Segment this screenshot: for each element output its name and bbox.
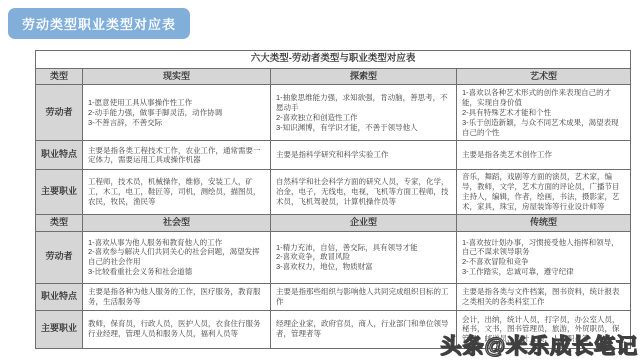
cell-worker-enterprising: 1-精力充沛，自信，善交际，具有领导才能 2-喜欢竞争，敢冒风险 3-喜欢权力，… bbox=[271, 231, 457, 283]
cell-jobs-artistic: 音乐，舞蹈，戏剧等方面的演员，艺术家，编导，教师，文学，艺术方面的评论员，广播节… bbox=[457, 170, 631, 215]
header-type-1: 类型 bbox=[36, 68, 83, 85]
watermark-text: 头条@米乐成长笔记 bbox=[441, 335, 638, 358]
header-type-2: 类型 bbox=[36, 214, 83, 231]
rowhead-traits-1: 职业特点 bbox=[36, 141, 83, 170]
header-artistic: 艺术型 bbox=[457, 68, 631, 85]
rowhead-jobs-2: 主要职业 bbox=[36, 310, 83, 348]
page-title-text: 劳动类型职业类型对应表 bbox=[22, 17, 176, 32]
cell-traits-realistic: 主要是指各类工程技术工作，农业工作，通常需要一定体力，需要运用工具或操作机器 bbox=[83, 141, 271, 170]
cell-traits-social: 主要是指各种为他人服务的工作，医疗服务，教育服务，生活服务等 bbox=[83, 283, 271, 310]
cell-traits-conventional: 主要是指各类与文件档案，图书资料，统计报表之类相关的各类科室工作 bbox=[457, 283, 631, 310]
cell-jobs-enterprising: 经理企业家，政府官员，商人，行业部门和单位领导者，管理者等 bbox=[271, 310, 457, 348]
page-title-badge: 劳动类型职业类型对应表 bbox=[8, 8, 190, 39]
cell-jobs-social: 教师，保育员，行政人员，医护人员，衣食住行服务行业经理，管理人员和服务人员，福利… bbox=[83, 310, 271, 348]
cell-traits-investigative: 主要是指科学研究和科学实验工作 bbox=[271, 141, 457, 170]
cell-worker-investigative: 1-抽象思维能力强，求知欲强，肯动脑，善思考，不愿动手 2-喜欢独立和创造性工作… bbox=[271, 85, 457, 141]
cell-worker-social: 1-喜欢从事为他人服务和教育他人的工作 2-喜欢参与解决人们共同关心的社会问题，… bbox=[83, 231, 271, 283]
holland-table-container: 六大类型-劳动者类型与职业类型对应表 类型 现实型 探索型 艺术型 劳动者 1-… bbox=[35, 50, 630, 349]
cell-traits-enterprising: 主要是指那些组织与影响他人共同完成组织目标的工作 bbox=[271, 283, 457, 310]
header-investigative: 探索型 bbox=[271, 68, 457, 85]
cell-worker-conventional: 1-喜欢按计划办事，习惯接受他人指挥和领导，自己不谋求领导职务 2-不喜欢冒险和… bbox=[457, 231, 631, 283]
cell-jobs-realistic: 工程师，技术员，机械操作，维修，安装工人，矿工，木工，电工，鞋匠等，司机，测绘员… bbox=[83, 170, 271, 215]
header-conventional: 传统型 bbox=[457, 214, 631, 231]
rowhead-traits-2: 职业特点 bbox=[36, 283, 83, 310]
header-realistic: 现实型 bbox=[83, 68, 271, 85]
rowhead-worker-2: 劳动者 bbox=[36, 231, 83, 283]
rowhead-jobs-1: 主要职业 bbox=[36, 170, 83, 215]
cell-worker-realistic: 1-愿意使用工具从事操作性工作 2-动手能力强，做事手脚灵活，动作协调 3-不善… bbox=[83, 85, 271, 141]
table-title: 六大类型-劳动者类型与职业类型对应表 bbox=[36, 51, 631, 69]
cell-worker-artistic: 1-喜欢以各种艺术形式的创作来表现自己的才能，实现自身价值 2-具有特殊艺术才能… bbox=[457, 85, 631, 141]
header-social: 社会型 bbox=[83, 214, 271, 231]
holland-type-table: 六大类型-劳动者类型与职业类型对应表 类型 现实型 探索型 艺术型 劳动者 1-… bbox=[35, 50, 631, 349]
cell-jobs-investigative: 自然科学和社会科学方面的研究人员，专家，化学，冶金，电子，无线电，电视，飞机等方… bbox=[271, 170, 457, 215]
rowhead-worker-1: 劳动者 bbox=[36, 85, 83, 141]
cell-traits-artistic: 主要是指各类艺术创作工作 bbox=[457, 141, 631, 170]
watermark: 头条@米乐成长笔记 bbox=[441, 330, 638, 360]
header-enterprising: 企业型 bbox=[271, 214, 457, 231]
